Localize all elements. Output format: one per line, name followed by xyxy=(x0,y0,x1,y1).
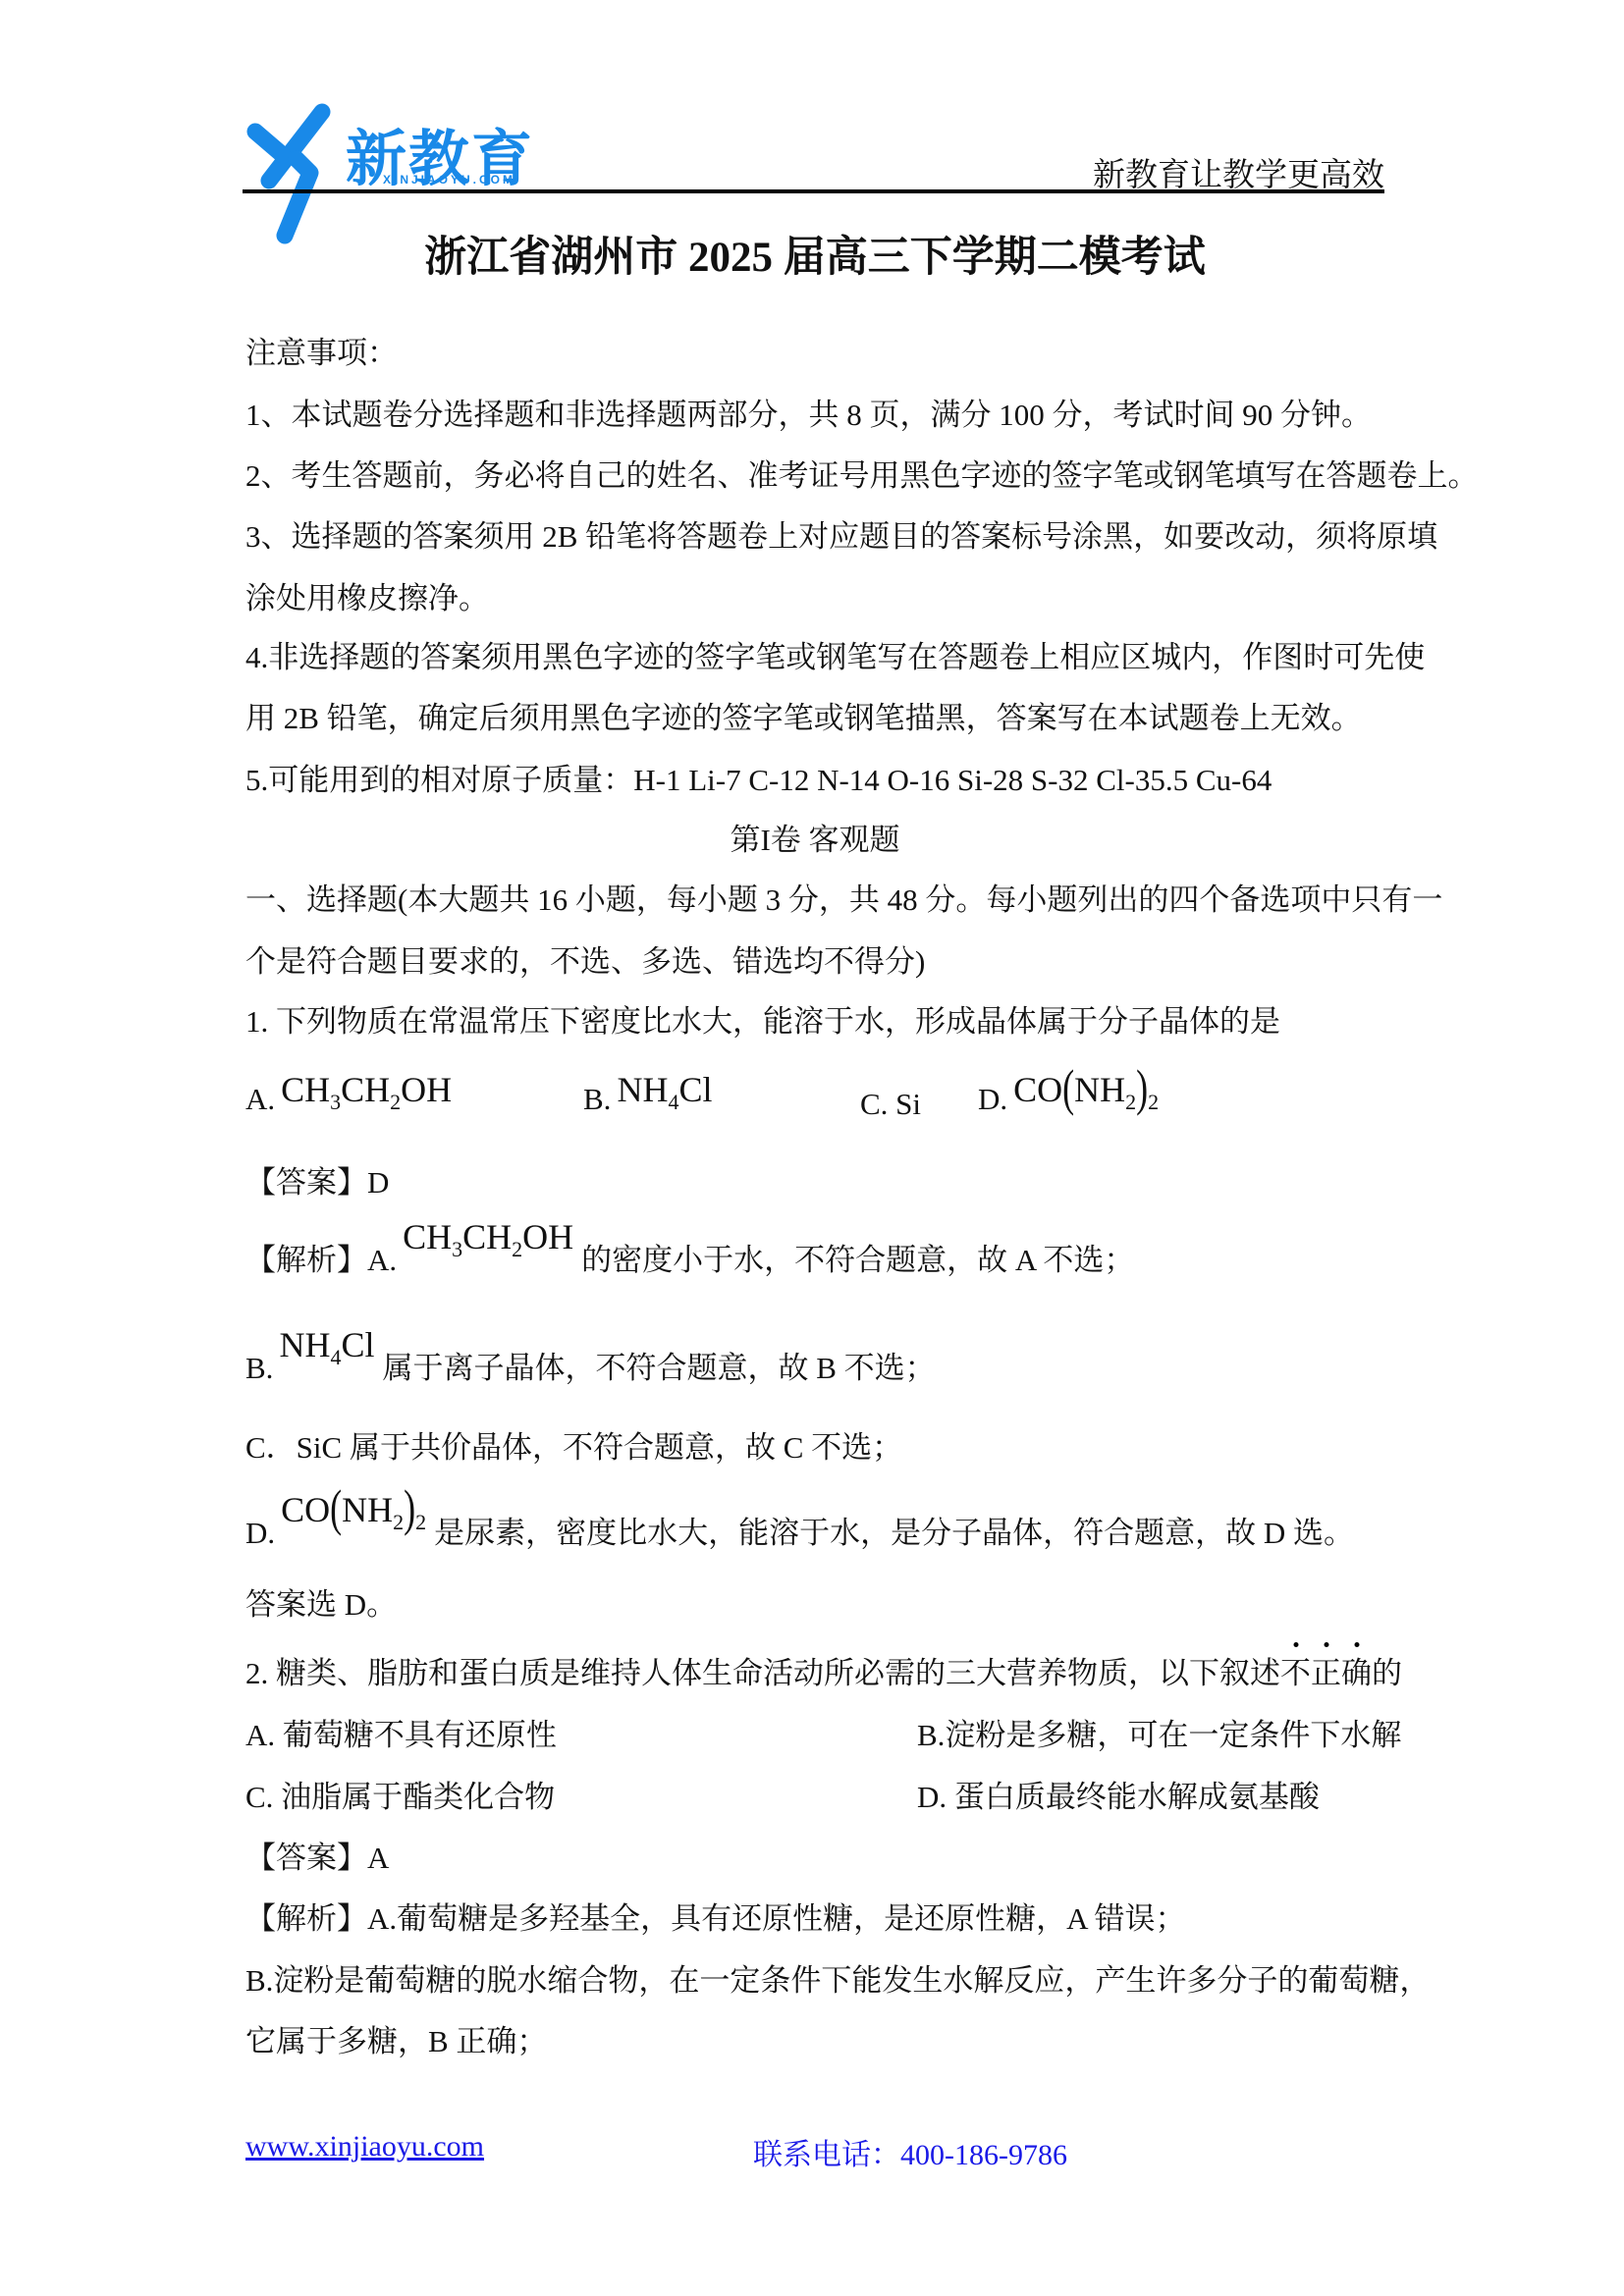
q2-stem-pre: 2. 糖类、脂肪和蛋白质是维持人体生命活动所必需的三大营养物质，以下叙述 xyxy=(245,1656,1280,1690)
q1-analysis-d: D.CO(NH2)2是尿素，密度比水大，能溶于水，是分子晶体，符合题意，故 D … xyxy=(245,1512,1394,1564)
q2-analysis-1: 【解析】A.葡萄糖是多羟基全，具有还原性糖，是还原性糖，A 错误； xyxy=(245,1899,1394,1939)
q2-stem-post: 的 xyxy=(1372,1656,1402,1690)
q1-option-b-formula: NH4Cl xyxy=(617,1070,712,1122)
q1-option-d-label: D. xyxy=(978,1082,1007,1116)
q2-option-d: D. 蛋白质最终能水解成氨基酸 xyxy=(917,1778,1398,1817)
footer-phone-label: 联系电话： xyxy=(753,2139,900,2171)
footer-phone: 联系电话：400-186-9786 xyxy=(753,2130,1067,2173)
q1-stem: 1. 下列物质在常温常压下密度比水大，能溶于水，形成晶体属于分子晶体的是 xyxy=(245,1002,1394,1041)
q2-option-c: C. 油脂属于酯类化合物 xyxy=(245,1778,913,1817)
q2-option-b: B.淀粉是多糖，可在一定条件下水解 xyxy=(917,1716,1398,1755)
q1-analysis-b-prefix: B. xyxy=(245,1351,273,1385)
q1-analysis-b-text: 属于离子晶体，不符合题意，故 B 不选； xyxy=(382,1351,935,1385)
q1-analysis-d-formula: CO(NH2)2 xyxy=(281,1490,426,1542)
q1-analysis-c: C．SiC 属于共价晶体，不符合题意，故 C 不选； xyxy=(245,1428,1394,1468)
q1-conclusion: 答案选 D。 xyxy=(245,1585,1394,1625)
header-slogan: 新教育让教学更高效 xyxy=(245,149,1384,195)
header-divider xyxy=(243,189,1384,193)
q1-analysis-a-text: 的密度小于水，不符合题意，故 A 不选； xyxy=(581,1243,1134,1277)
q1-option-d: D.CO(NH2)2 xyxy=(978,1078,1223,1130)
notice-item-4-cont: 用 2B 铅笔，确定后须用黑色字迹的签字笔或钢笔描黑，答案写在本试题卷上无效。 xyxy=(245,699,1394,738)
section-title: 第I卷 客观题 xyxy=(245,821,1384,860)
exam-document-page: 新教育 XINJIAOYU.COM 新教育让教学更高效 浙江省湖州市 2025 … xyxy=(0,0,1624,2296)
q1-option-a-label: A. xyxy=(245,1082,275,1116)
q2-stem: 2. 糖类、脂肪和蛋白质是维持人体生命活动所必需的三大营养物质，以下叙述不正确的 xyxy=(245,1654,1394,1693)
notice-item-1: 1、本试题卷分选择题和非选择题两部分，共 8 页，满分 100 分，考试时间 9… xyxy=(245,396,1394,435)
q1-analysis-b: B.NH4Cl属于离子晶体，不符合题意，故 B 不选； xyxy=(245,1347,1394,1399)
q2-answer: 【答案】A xyxy=(245,1839,1394,1878)
q1-option-b: B.NH4Cl xyxy=(583,1078,740,1130)
q1-option-c-label: C. Si xyxy=(860,1087,921,1121)
q1-analysis-a-formula: CH3CH2OH xyxy=(403,1217,573,1269)
notice-item-3: 3、选择题的答案须用 2B 铅笔将答题卷上对应题目的答案标号涂黑，如要改动，须将… xyxy=(245,517,1394,557)
q1-analysis-d-prefix: D. xyxy=(245,1516,275,1550)
notice-item-2: 2、考生答题前，务必将自己的姓名、准考证号用黑色字迹的签字笔或钢笔填写在答题卷上… xyxy=(245,456,1394,496)
q1-answer: 【答案】D xyxy=(245,1163,1394,1202)
footer-website-link[interactable]: www.xinjiaoyu.com xyxy=(245,2130,484,2163)
q2-option-a: A. 葡萄糖不具有还原性 xyxy=(245,1716,913,1755)
q1-option-d-formula: CO(NH2)2 xyxy=(1013,1070,1159,1122)
notice-heading: 注意事项： xyxy=(245,334,1394,373)
notice-item-3-cont: 涂处用橡皮擦净。 xyxy=(245,579,1394,618)
q1-analysis-b-formula: NH4Cl xyxy=(279,1325,374,1377)
q2-analysis-3: 它属于多糖，B 正确； xyxy=(245,2022,1394,2061)
q2-stem-emphasized: 不正确 xyxy=(1280,1656,1372,1690)
q1-option-a-formula: CH3CH2OH xyxy=(281,1070,452,1122)
q1-option-a: A.CH3CH2OH xyxy=(245,1078,403,1130)
q1-analysis-d-text: 是尿素，密度比水大，能溶于水，是分子晶体，符合题意，故 D 选。 xyxy=(434,1516,1354,1550)
q2-analysis-2: B.淀粉是葡萄糖的脱水缩合物，在一定条件下能发生水解反应，产生许多分子的葡萄糖， xyxy=(245,1961,1394,2001)
notice-item-5-atomic-masses: 5.可能用到的相对原子质量：H-1 Li-7 C-12 N-14 O-16 Si… xyxy=(245,761,1394,800)
notice-item-4: 4.非选择题的答案须用黑色字迹的签字笔或钢笔写在答题卷上相应区城内，作图时可先使 xyxy=(245,638,1394,677)
q1-option-b-label: B. xyxy=(583,1082,611,1116)
section-intro-1: 一、选择题(本大题共 16 小题，每小题 3 分，共 48 分。每小题列出的四个… xyxy=(245,881,1394,920)
q1-analysis-a: 【解析】A.CH3CH2OH的密度小于水，不符合题意，故 A 不选； xyxy=(245,1239,1394,1291)
page-title: 浙江省湖州市 2025 届高三下学期二模考试 xyxy=(245,239,1384,278)
q1-option-c: C. Si xyxy=(860,1085,978,1124)
q1-analysis-a-prefix: 【解析】A. xyxy=(245,1243,397,1277)
footer-phone-number: 400-186-9786 xyxy=(900,2139,1067,2171)
section-intro-2: 个是符合题目要求的，不选、多选、错选均不得分) xyxy=(245,942,1394,982)
